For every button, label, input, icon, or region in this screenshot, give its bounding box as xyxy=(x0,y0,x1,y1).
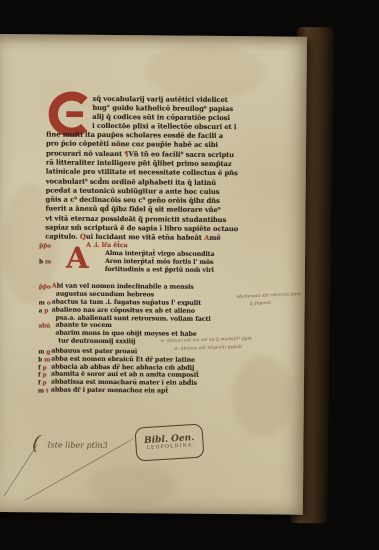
entry-line: fortitudinis a est p̄priū nom̄ viri xyxy=(105,267,214,274)
entry-genus-label: abū xyxy=(38,323,50,329)
text-line: alij q̄ codices sūt in cōparatiōe pciosi xyxy=(92,114,230,122)
entry-genus-label: m o xyxy=(39,300,51,306)
entry-genus-label: p̄p̄o xyxy=(39,243,51,249)
text-line: pcedat a teutonicū subiūgitur a ante hoc… xyxy=(46,187,220,195)
text-line: fine multi ita paup̄es scholares eosdē d… xyxy=(46,131,223,139)
paper-stain xyxy=(233,356,294,437)
handwritten-note: abalienata sūt retrorsū p̄pōe xyxy=(237,293,302,300)
text-line: vocabulari⁹ scd̄m ordinē alphabeti ita q… xyxy=(46,178,216,186)
entry-line: abbauus est pater proauī xyxy=(51,348,137,355)
paper-stain xyxy=(145,43,265,99)
handwritten-note: -a- abauus est aui vel ap q̄ mortalit⁹ p… xyxy=(159,338,252,345)
text-line: capitulo. Qui lucidant me vitā etn̄a hab… xyxy=(45,234,220,242)
text-line: fuerit a ānexū qd̄ q̄ibz fidel q̄ sit me… xyxy=(45,206,220,214)
handwritten-note: q̄ deponit xyxy=(250,302,272,307)
text-line: rā litteraliter intelligere pn̄t q̄libet… xyxy=(46,159,232,167)
entry-genus-label: f p xyxy=(38,380,46,386)
entry-genus-label: m t xyxy=(38,388,49,394)
entry-genus-label: a p xyxy=(39,308,49,314)
entry-line: augustus secundum hebreos xyxy=(56,292,154,299)
entry-line: tur deutronomij xxxiiij xyxy=(58,339,135,346)
entry-line: abante te vocem xyxy=(55,323,111,330)
text-line: xq̄ vocabularij varij autētici videlicet xyxy=(92,96,227,104)
entry-genus-label: f p xyxy=(38,372,46,378)
entry-genus-label: m g xyxy=(38,349,50,355)
text-line: i collectōe plixi a ītellectōe obscuri e… xyxy=(92,123,236,131)
book-scan-photo: { "colors": { "background": "#0b0908", "… xyxy=(0,0,379,550)
entry-genus-label: b m xyxy=(38,357,50,363)
inscription-text: Iste liber ptīn3 xyxy=(47,440,107,450)
manuscript-page: A xq̄ vocabularij varij autētici videlic… xyxy=(0,34,307,515)
paper-stain xyxy=(87,465,177,506)
entry-genus-label: p̄p̄o xyxy=(39,284,51,290)
text-line: gn̄is a c⁹ declinacōis seu c⁹ gen̄o orōi… xyxy=(46,197,220,205)
entry-line: A .i. lr̄a ēt̄ca xyxy=(86,243,128,250)
marginalia-layer: abalienata sūt retrorsū p̄pōeq̄ deponit-… xyxy=(0,34,307,37)
text-line: sapiaz sm̄ scripturā ē de sapia ī libro … xyxy=(45,224,238,232)
entry-genus-label: b m xyxy=(39,259,51,265)
text-line: procurarī nō valeant ¶Vn̄ tn̄ eo facili⁹… xyxy=(46,150,234,158)
text-line: vt vitā eternaz possideāt q̄ promictit s… xyxy=(45,215,226,223)
text-block: xq̄ vocabularij varij autētici videlicet… xyxy=(0,34,307,37)
inscription-flourish: ( xyxy=(31,432,41,453)
text-line: hug° guido katholicō breuilog⁹ papias xyxy=(92,105,233,113)
handwritten-note: -a- Abauus aūt nōgeniti p̄pblāt xyxy=(173,346,242,352)
text-line: latinicale pro vtilitate et necessitate … xyxy=(46,169,238,177)
entry-line: abbas dr̄ i pater monachoz ein apt̄ xyxy=(51,387,168,394)
library-stamp: Bibl. Oen. LEOPOLDINA xyxy=(134,423,204,461)
text-line: pro p̄cio cōpetēti nōne coz paup̄ie habē… xyxy=(46,141,218,149)
